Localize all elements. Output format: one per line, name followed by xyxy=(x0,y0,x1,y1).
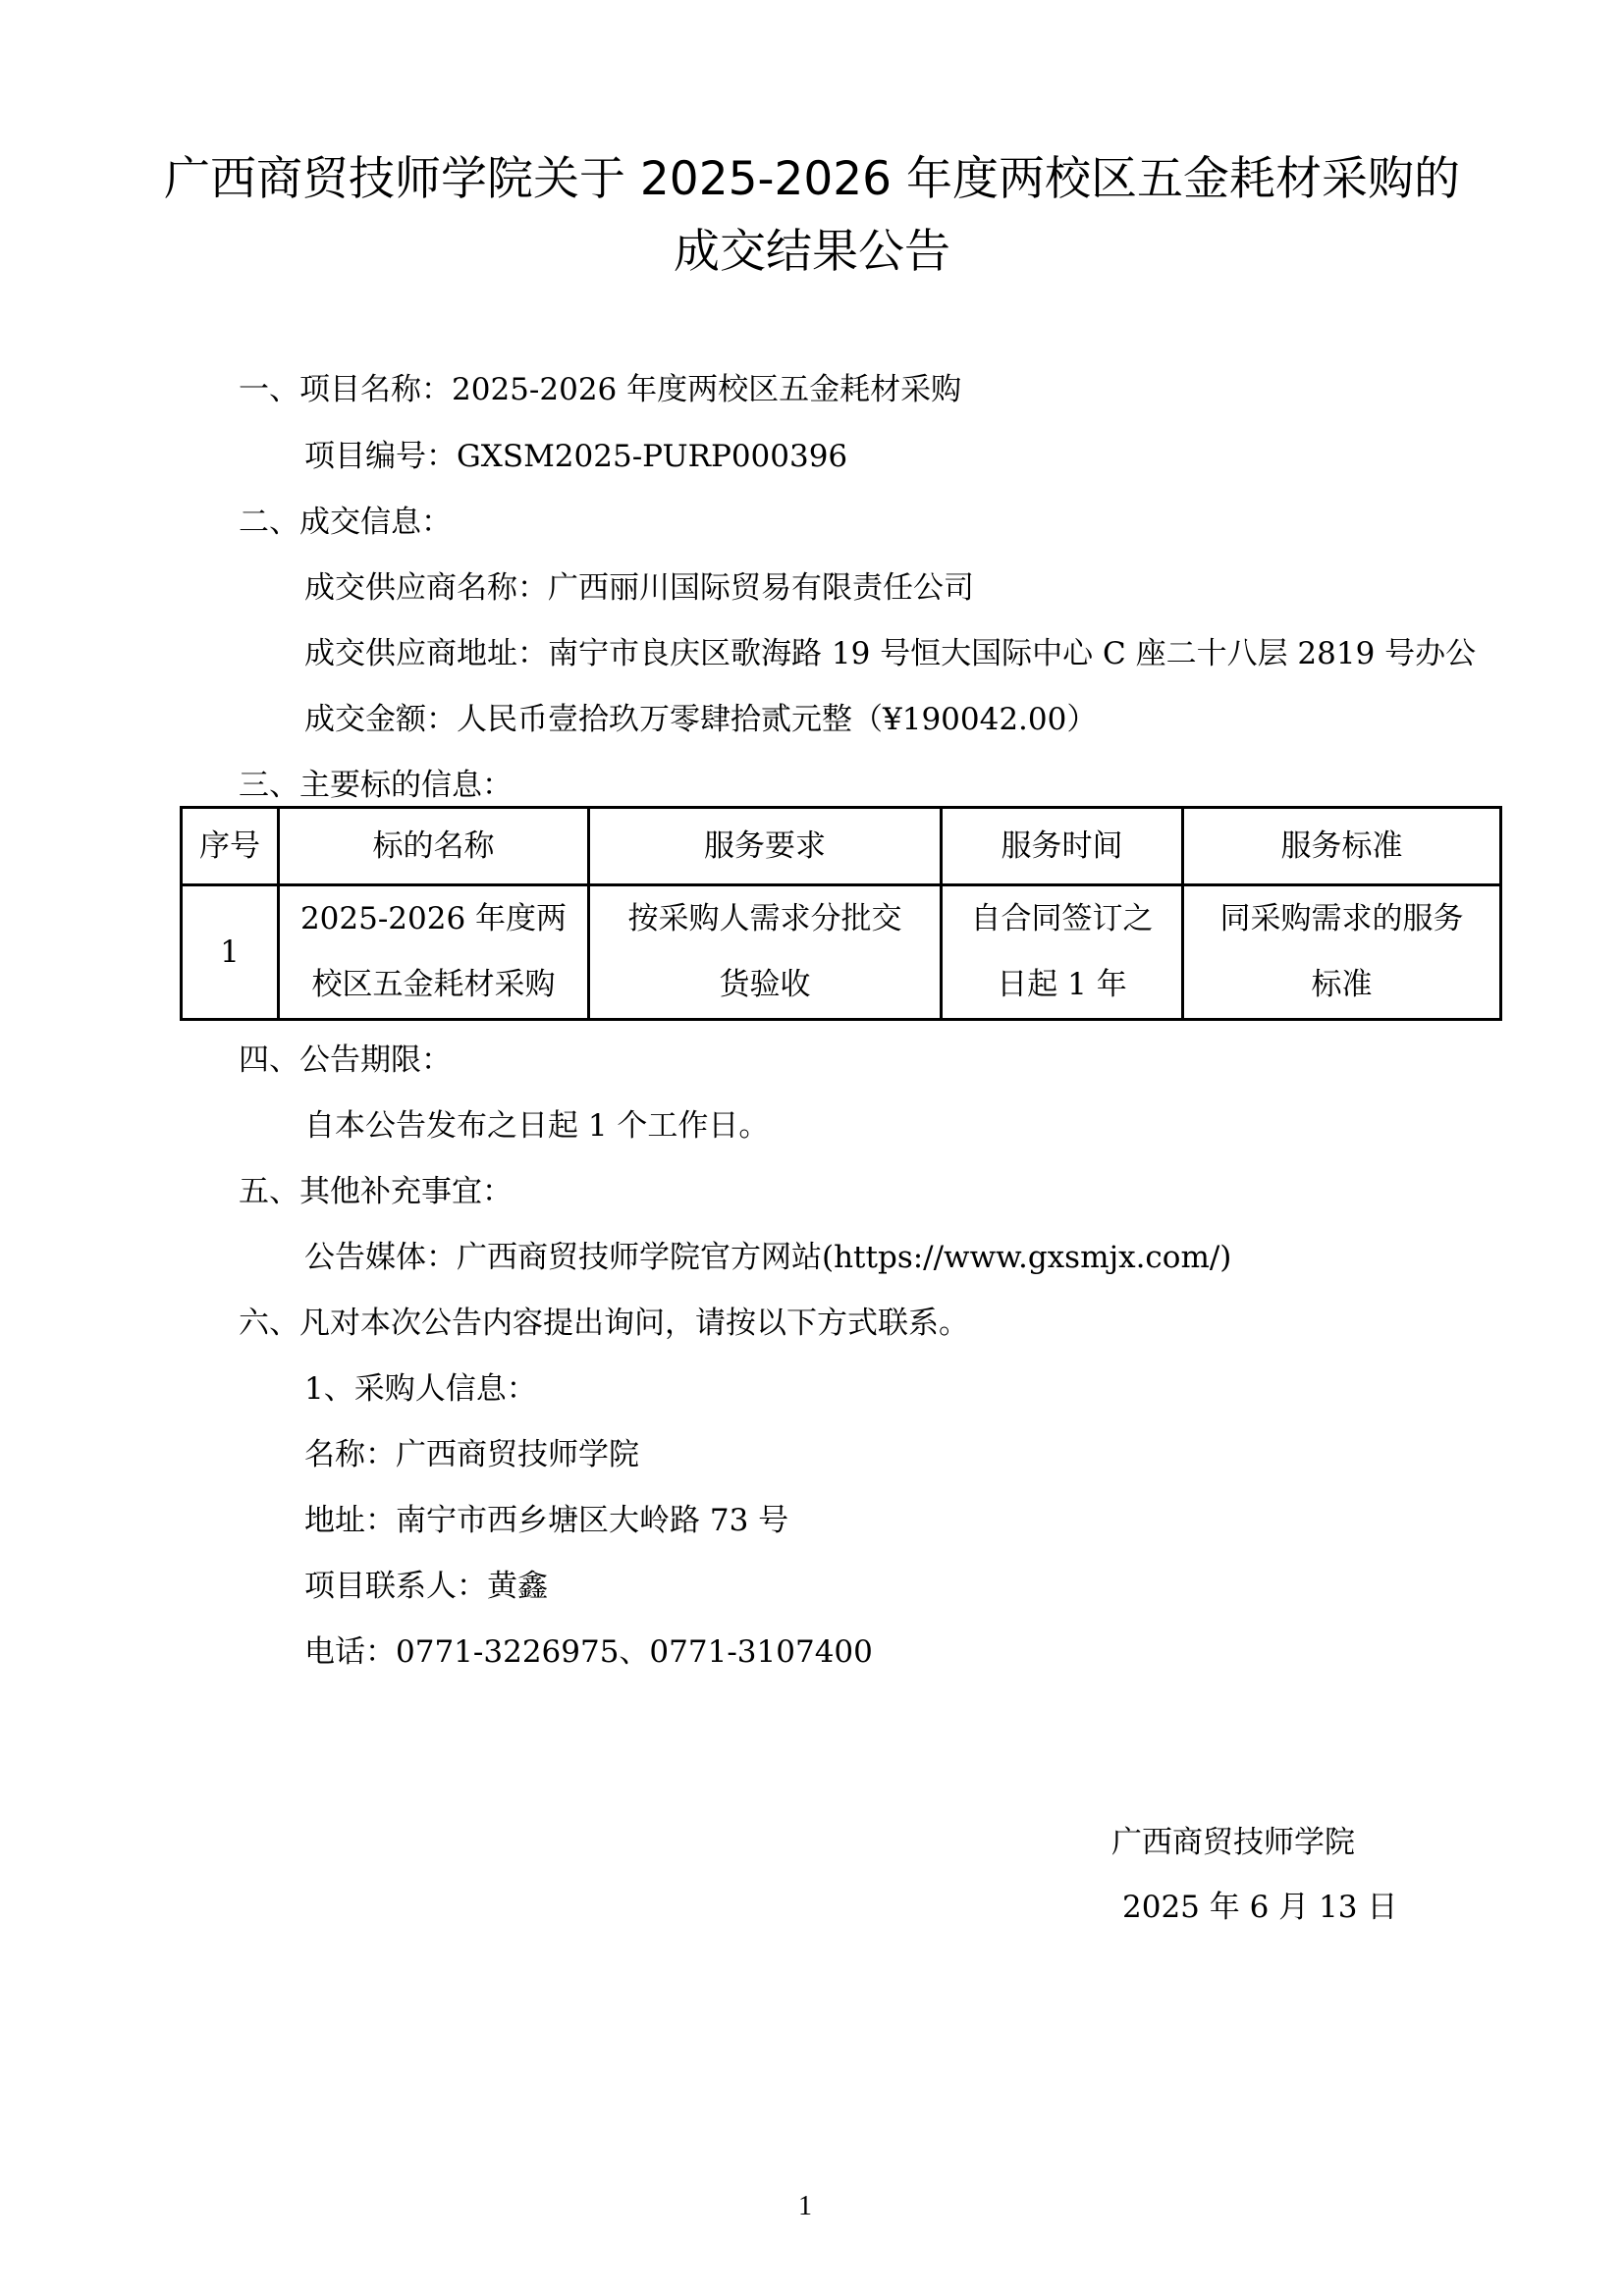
cell-service-requirement: 按采购人需求分批交 货验收 xyxy=(589,885,942,1020)
purchaser-info-heading: 1、采购人信息： xyxy=(304,1369,537,1409)
cell-service-time: 自合同签订之 日起 1 年 xyxy=(942,885,1183,1020)
announcement-period-text: 自本公告发布之日起 1 个工作日。 xyxy=(304,1106,769,1146)
section-6-heading: 六、凡对本次公告内容提出询问，请按以下方式联系。 xyxy=(239,1304,969,1343)
cell-service-requirement-line-2: 货验收 xyxy=(594,952,936,1018)
cell-serial-no: 1 xyxy=(182,885,279,1020)
section-1-project-name: 一、项目名称：2025-2026 年度两校区五金耗材采购 xyxy=(239,370,961,409)
cell-subject-name-line-1: 2025-2026 年度两 xyxy=(284,886,583,952)
document-title-line-2: 成交结果公告 xyxy=(147,218,1477,287)
section-2-heading: 二、成交信息： xyxy=(239,503,452,542)
announcement-media-text: 公告媒体：广西商贸技师学院官方网站(https://www.gxsmjx.com… xyxy=(304,1238,1231,1277)
cell-subject-name: 2025-2026 年度两 校区五金耗材采购 xyxy=(279,885,589,1020)
header-subject-name: 标的名称 xyxy=(279,808,589,885)
supplier-address: 成交供应商地址：南宁市良庆区歌海路 19 号恒大国际中心 C 座二十八层 281… xyxy=(304,634,1476,673)
cell-service-standard-line-2: 标准 xyxy=(1188,952,1495,1018)
contact-phone: 电话：0771-3226975、0771-3107400 xyxy=(304,1632,873,1672)
header-service-time: 服务时间 xyxy=(942,808,1183,885)
section-4-heading: 四、公告期限： xyxy=(239,1041,452,1080)
section-5-heading: 五、其他补充事宜： xyxy=(239,1172,513,1211)
cell-service-requirement-line-1: 按采购人需求分批交 xyxy=(594,886,936,952)
cell-service-time-line-2: 日起 1 年 xyxy=(947,952,1177,1018)
signature-date: 2025 年 6 月 13 日 xyxy=(1122,1888,1397,1927)
document-title-line-1: 广西商贸技师学院关于 2025-2026 年度两校区五金耗材采购的 xyxy=(147,145,1477,214)
signature-organization: 广西商贸技师学院 xyxy=(1111,1823,1355,1862)
transaction-amount: 成交金额：人民币壹拾玖万零肆拾贰元整（¥190042.00） xyxy=(304,700,1097,739)
header-service-standard: 服务标准 xyxy=(1183,808,1501,885)
subject-info-table: 序号 标的名称 服务要求 服务时间 服务标准 1 2025-2026 年度两 校… xyxy=(180,806,1502,1021)
header-serial-no: 序号 xyxy=(182,808,279,885)
project-number: 项目编号：GXSM2025-PURP000396 xyxy=(304,437,847,476)
section-3-heading: 三、主要标的信息： xyxy=(239,766,513,805)
document-page: 广西商贸技师学院关于 2025-2026 年度两校区五金耗材采购的 成交结果公告… xyxy=(0,0,1624,2296)
table-row: 1 2025-2026 年度两 校区五金耗材采购 按采购人需求分批交 货验收 自… xyxy=(182,885,1501,1020)
purchaser-address: 地址：南宁市西乡塘区大岭路 73 号 xyxy=(304,1501,788,1540)
cell-service-standard-line-1: 同采购需求的服务 xyxy=(1188,886,1495,952)
supplier-name: 成交供应商名称：广西丽川国际贸易有限责任公司 xyxy=(304,568,974,608)
cell-service-time-line-1: 自合同签订之 xyxy=(947,886,1177,952)
cell-subject-name-line-2: 校区五金耗材采购 xyxy=(284,952,583,1018)
header-service-requirement: 服务要求 xyxy=(589,808,942,885)
page-number: 1 xyxy=(795,2191,815,2222)
table-header-row: 序号 标的名称 服务要求 服务时间 服务标准 xyxy=(182,808,1501,885)
cell-service-standard: 同采购需求的服务 标准 xyxy=(1183,885,1501,1020)
project-contact: 项目联系人：黄鑫 xyxy=(304,1567,548,1606)
purchaser-name: 名称：广西商贸技师学院 xyxy=(304,1435,639,1474)
